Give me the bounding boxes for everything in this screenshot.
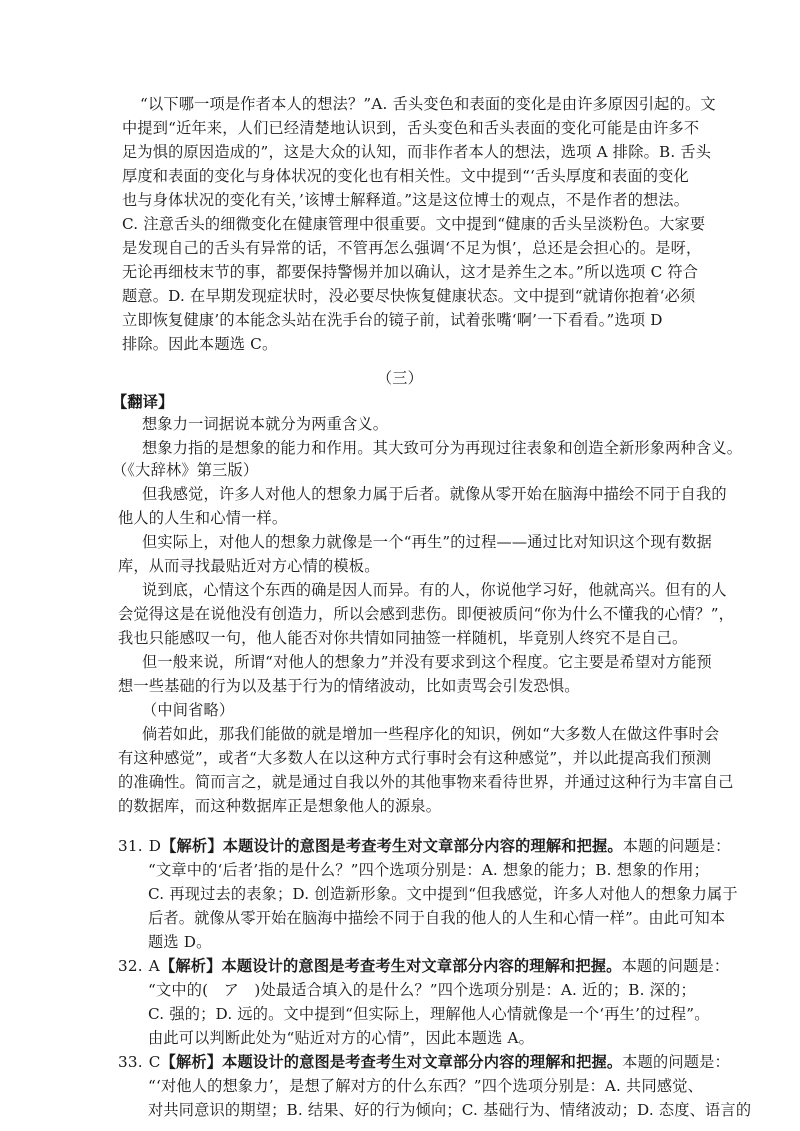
analysis-intent: 本题设计的意图是考查考生对文章部分内容的理解和把握。 — [222, 1053, 622, 1071]
text-line: 但我感觉，许多人对他人的想象力属于后者。就像从零开始在脑海中描绘不同于自我的 — [142, 482, 727, 506]
question-number: 31. — [118, 837, 143, 855]
translation-label: 【翻译】 — [112, 390, 174, 414]
text-line: 想象力一词据说本就分为两重含义。 — [142, 412, 388, 436]
question-answer: A — [149, 957, 160, 975]
text-line: 是发现自己的舌头有异常的话，不管再怎么强调‘不足为惧’，总还是会担心的。是呀， — [122, 236, 701, 260]
text-line: 倘若如此，那我们能做的就是增加一些程序化的知识，例如“大多数人在做这件事时会 — [142, 722, 719, 746]
text-line: 想一些基础的行为以及基于行为的情绪波动，比如责骂会引发恐惧。 — [118, 674, 580, 698]
question-number: 33. — [118, 1053, 143, 1071]
text-line: 由此可以判断此处为“贴近对方的心情”，因此本题选 A。 — [148, 1026, 534, 1050]
text-line: 我也只能感叹一句，他人能否对你共情如同抽签一样随机，毕竟别人终究不是自己。 — [118, 626, 687, 650]
text-line: “文章中的‘后者’指的是什么？”四个选项分别是：A. 想象的能力；B. 想象的作… — [148, 858, 709, 882]
text-line: 的数据库，而这种数据库正是想象他人的源泉。 — [118, 794, 441, 818]
analysis-intent: 本题设计的意图是考查考生对文章部分内容的理解和把握。 — [222, 957, 622, 975]
text-line: 想象力指的是想象的能力和作用。其大致可分为再现过往表象和创造全新形象两种含义。 — [142, 436, 742, 460]
text-line: 库，从而寻找最贴近对方心情的模板。 — [118, 554, 380, 578]
text-line: （中间省略） — [142, 698, 234, 722]
document-page: “以下哪一项是作者本人的想法？”A. 舌头变色和表面的变化是由许多原因引起的。文… — [0, 0, 800, 1131]
text-line: 题选 D。 — [148, 930, 212, 954]
text-line: 会觉得这是在说他没有创造力，所以会感到悲伤。即便被质问“你为什么不懂我的心情？”… — [118, 602, 734, 626]
text-line: 说到底，心情这个东西的确是因人而异。有的人，你说他学习好，他就高兴。但有的人 — [142, 578, 727, 602]
text-line: 中提到“近年来，人们已经清楚地认识到，舌头变色和舌头表面的变化可能是由许多不 — [122, 116, 699, 140]
analysis-tag: 【解析】 — [161, 1053, 223, 1071]
text-line: “以下哪一项是作者本人的想法？”A. 舌头变色和表面的变化是由许多原因引起的。文 — [140, 92, 716, 116]
text-line: “文中的( ア )处最适合填入的是什么？”四个选项分别是：A. 近的；B. 深的… — [148, 978, 696, 1002]
question-number: 32. — [118, 957, 143, 975]
text-line: 他人的人生和心情一样。 — [118, 506, 287, 530]
question-header: 31.D【解析】本题设计的意图是考查考生对文章部分内容的理解和把握。本题的问题是… — [118, 834, 731, 858]
text-line: 也与身体状况的变化有关，’该博士解释道。”这是这位博士的观点，不是作者的想法。 — [122, 188, 689, 212]
text-line: （《大辞林》第三版） — [112, 458, 258, 482]
analysis-tag: 【解析】 — [161, 837, 223, 855]
question-lead: 本题的问题是： — [622, 1053, 730, 1071]
text-line: 足为惧的原因造成的”，这是大众的认知，而非作者本人的想法，选项 A 排除。B. … — [122, 140, 711, 164]
text-line: 的准确性。简而言之，就是通过自我以外的其他事物来看待世界，并通过这种行为丰富自己 — [118, 770, 734, 794]
text-line: “‘对他人的想象力’，是想了解对方的什么东西？”四个选项分别是：A. 共同感觉、 — [148, 1074, 703, 1098]
question-lead: 本题的问题是： — [622, 957, 730, 975]
text-line: 排除。因此本题选 C。 — [122, 332, 277, 356]
text-line: 但一般来说，所谓“对他人的想象力”并没有要求到这个程度。它主要是希望对方能预 — [142, 650, 712, 674]
analysis-tag: 【解析】 — [160, 957, 222, 975]
text-line: 对共同意识的期望；B. 结果、好的行为倾向；C. 基础行为、情绪波动；D. 态度… — [148, 1098, 751, 1122]
question-answer: D — [149, 837, 161, 855]
text-line: C. 强的；D. 远的。文中提到“但实际上，理解他人心情就像是一个‘再生’的过程… — [148, 1002, 710, 1026]
text-line: 后者。就像从零开始在脑海中描绘不同于自我的他人的人生和心情一样”。由此可知本 — [148, 906, 725, 930]
section-heading: （三） — [0, 366, 800, 390]
text-line: 无论再细枝末节的事，都要保持警惕并加以确认，这才是养生之本。”所以选项 C 符合 — [122, 260, 698, 284]
text-line: 但实际上，对他人的想象力就像是一个“再生”的过程——通过比对知识这个现有数据 — [142, 530, 712, 554]
text-line: 题意。D. 在早期发现症状时，没必要尽快恢复健康状态。文中提到“就请你抱着‘必须 — [122, 284, 695, 308]
text-line: 厚度和表面的变化与身体状况的变化也有相关性。文中提到“‘舌头厚度和表面的变化 — [122, 164, 689, 188]
text-line: C. 注意舌头的细微变化在健康管理中很重要。文中提到“健康的舌头呈淡粉色。大家要 — [122, 212, 705, 236]
text-line: 有这种感觉”，或者“大多数人在以这种方式行事时会有这种感觉”，并以此提高我们预测 — [118, 746, 711, 770]
question-header: 32.A【解析】本题设计的意图是考查考生对文章部分内容的理解和把握。本题的问题是… — [118, 954, 729, 978]
text-line: C. 再现过去的表象；D. 创造新形象。文中提到“但我感觉，许多人对他人的想象力… — [148, 882, 738, 906]
question-lead: 本题的问题是： — [623, 837, 731, 855]
analysis-intent: 本题设计的意图是考查考生对文章部分内容的理解和把握。 — [223, 837, 623, 855]
question-answer: C — [149, 1053, 161, 1071]
question-header: 33.C【解析】本题设计的意图是考查考生对文章部分内容的理解和把握。本题的问题是… — [118, 1050, 730, 1074]
text-line: 立即恢复健康’的本能念头站在洗手台的镜子前，试着张嘴‘啊’一下看看。”选项 D — [122, 308, 663, 332]
